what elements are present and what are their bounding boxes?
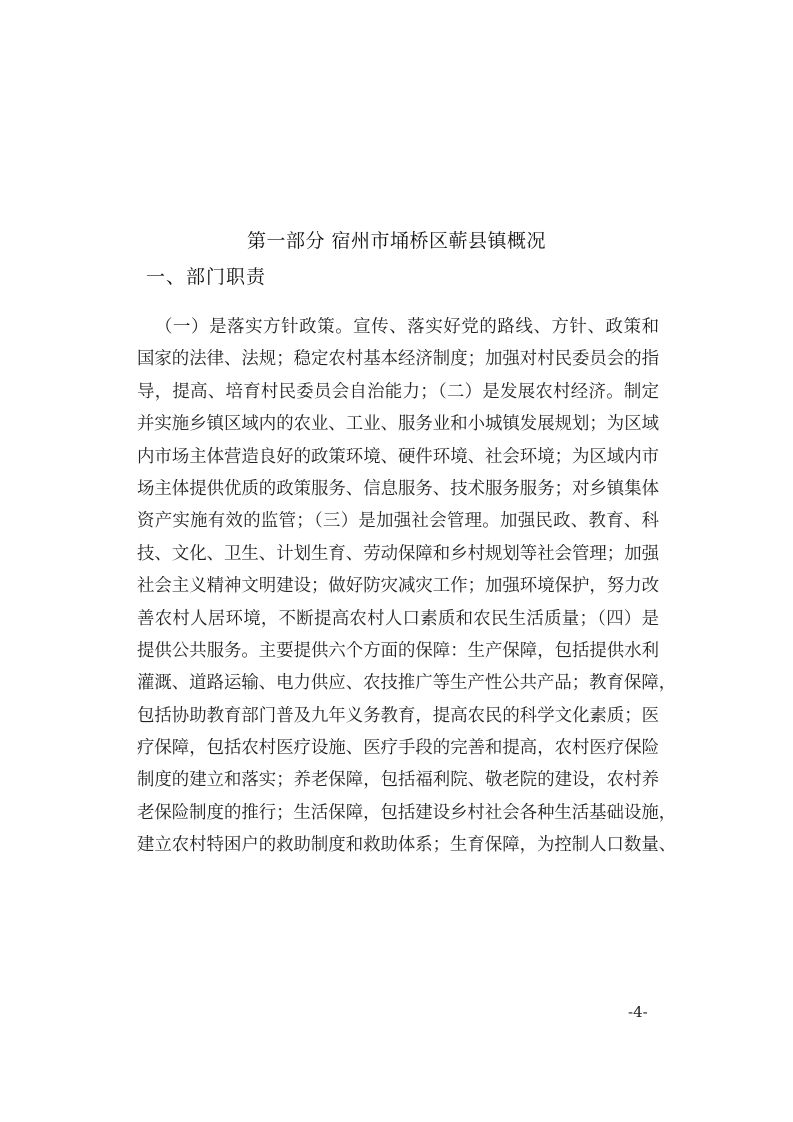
paragraph-line: 场主体提供优质的政策服务、信息服务、技术服务服务；对乡镇集体 xyxy=(137,473,659,505)
paragraph-line: 善农村人居环境，不断提高农村人口素质和农民生活质量；（四）是 xyxy=(137,603,659,635)
paragraph-line: 提供公共服务。主要提供六个方面的保障：生产保障，包括提供水利 xyxy=(137,635,659,667)
paragraph-line: 内市场主体营造良好的政策环境、硬件环境、社会环境；为区域内市 xyxy=(137,441,659,473)
paragraph-line: 老保险制度的推行；生活保障，包括建设乡村社会各种生活基础设施， xyxy=(137,797,659,829)
paragraph-line: 社会主义精神文明建设；做好防灾减灾工作；加强环境保护，努力改 xyxy=(137,570,659,602)
page-number: -4- xyxy=(628,1003,648,1021)
paragraph-line: 制度的建立和落实；养老保障，包括福利院、敬老院的建设，农村养 xyxy=(137,764,659,796)
paragraph-line: 导，提高、培育村民委员会自治能力；（二）是发展农村经济。制定 xyxy=(137,376,659,408)
paragraph-line: 包括协助教育部门普及九年义务教育，提高农民的科学文化素质；医 xyxy=(137,700,659,732)
paragraph-line: 并实施乡镇区域内的农业、工业、服务业和小城镇发展规划；为区域 xyxy=(137,408,659,440)
paragraph-line: （一）是落实方针政策。宣传、落实好党的路线、方针、政策和 xyxy=(137,311,659,343)
document-title: 第一部分 宿州市埇桥区蕲县镇概况 xyxy=(0,226,793,253)
paragraph-line: 灌溉、道路运输、电力供应、农技推广等生产性公共产品；教育保障， xyxy=(137,667,659,699)
section-heading: 一、部门职责 xyxy=(146,262,266,289)
paragraph-line: 疗保障，包括农村医疗设施、医疗手段的完善和提高，农村医疗保险 xyxy=(137,732,659,764)
paragraph-line: 国家的法律、法规；稳定农村基本经济制度；加强对村民委员会的指 xyxy=(137,343,659,375)
document-page: 第一部分 宿州市埇桥区蕲县镇概况 一、部门职责 （一）是落实方针政策。宣传、落实… xyxy=(0,0,793,1122)
paragraph-line: 资产实施有效的监管；（三）是加强社会管理。加强民政、教育、科 xyxy=(137,505,659,537)
body-paragraph: （一）是落实方针政策。宣传、落实好党的路线、方针、政策和 国家的法律、法规；稳定… xyxy=(137,311,659,862)
paragraph-line: 建立农村特困户的救助制度和救助体系；生育保障，为控制人口数量、 xyxy=(137,829,659,861)
paragraph-line: 技、文化、卫生、计划生育、劳动保障和乡村规划等社会管理；加强 xyxy=(137,538,659,570)
